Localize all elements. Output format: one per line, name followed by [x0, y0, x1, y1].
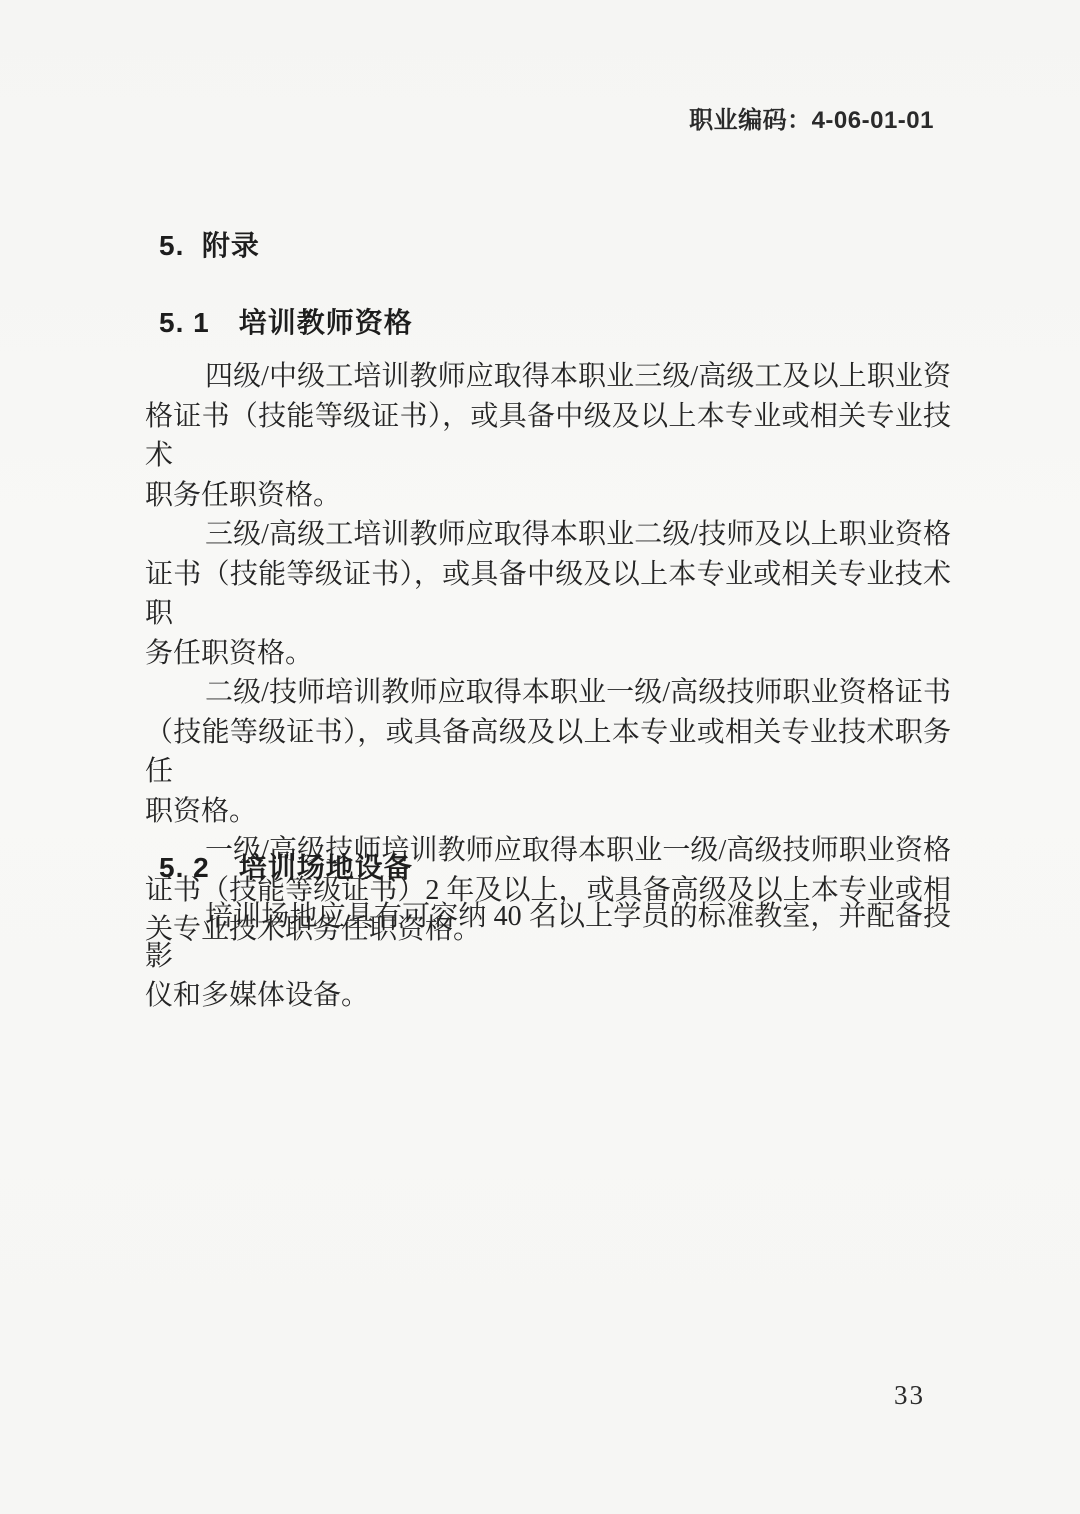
paragraph-line: 职资格。	[145, 792, 951, 832]
paragraph: 三级/高级工培训教师应取得本职业二级/技师及以上职业资格 证书（技能等级证书），…	[145, 515, 951, 673]
paragraph-line: 三级/高级工培训教师应取得本职业二级/技师及以上职业资格	[145, 515, 951, 555]
section-5-1-heading: 5. 1 培训教师资格	[159, 301, 413, 341]
occupation-code: 职业编码：4-06-01-01	[689, 100, 934, 135]
paragraph-line: （技能等级证书），或具备高级及以上本专业或相关专业技术职务任	[145, 713, 951, 792]
paragraph-line: 培训场地应具有可容纳 40 名以上学员的标准教室，并配备投影	[145, 897, 951, 976]
paragraph-line: 证书（技能等级证书），或具备中级及以上本专业或相关专业技术职	[145, 555, 951, 634]
paragraph-line: 四级/中级工培训教师应取得本职业三级/高级工及以上职业资	[145, 357, 951, 397]
appendix-heading: 5. 附录	[159, 224, 260, 264]
paragraph-line: 二级/技师培训教师应取得本职业一级/高级技师职业资格证书	[145, 673, 951, 713]
paragraph-line: 务任职资格。	[145, 634, 951, 674]
paragraph: 培训场地应具有可容纳 40 名以上学员的标准教室，并配备投影 仪和多媒体设备。	[145, 897, 951, 1016]
paragraph: 四级/中级工培训教师应取得本职业三级/高级工及以上职业资 格证书（技能等级证书）…	[145, 357, 951, 515]
section-5-2-body: 培训场地应具有可容纳 40 名以上学员的标准教室，并配备投影 仪和多媒体设备。	[145, 897, 951, 1016]
paragraph-line: 仪和多媒体设备。	[145, 976, 951, 1016]
paragraph-line: 格证书（技能等级证书），或具备中级及以上本专业或相关专业技术	[145, 397, 951, 476]
page-number: 33	[894, 1380, 925, 1411]
paragraph: 二级/技师培训教师应取得本职业一级/高级技师职业资格证书 （技能等级证书），或具…	[145, 673, 951, 831]
section-5-2-heading: 5. 2 培训场地设备	[159, 846, 413, 886]
paragraph-line: 职务任职资格。	[145, 476, 951, 516]
